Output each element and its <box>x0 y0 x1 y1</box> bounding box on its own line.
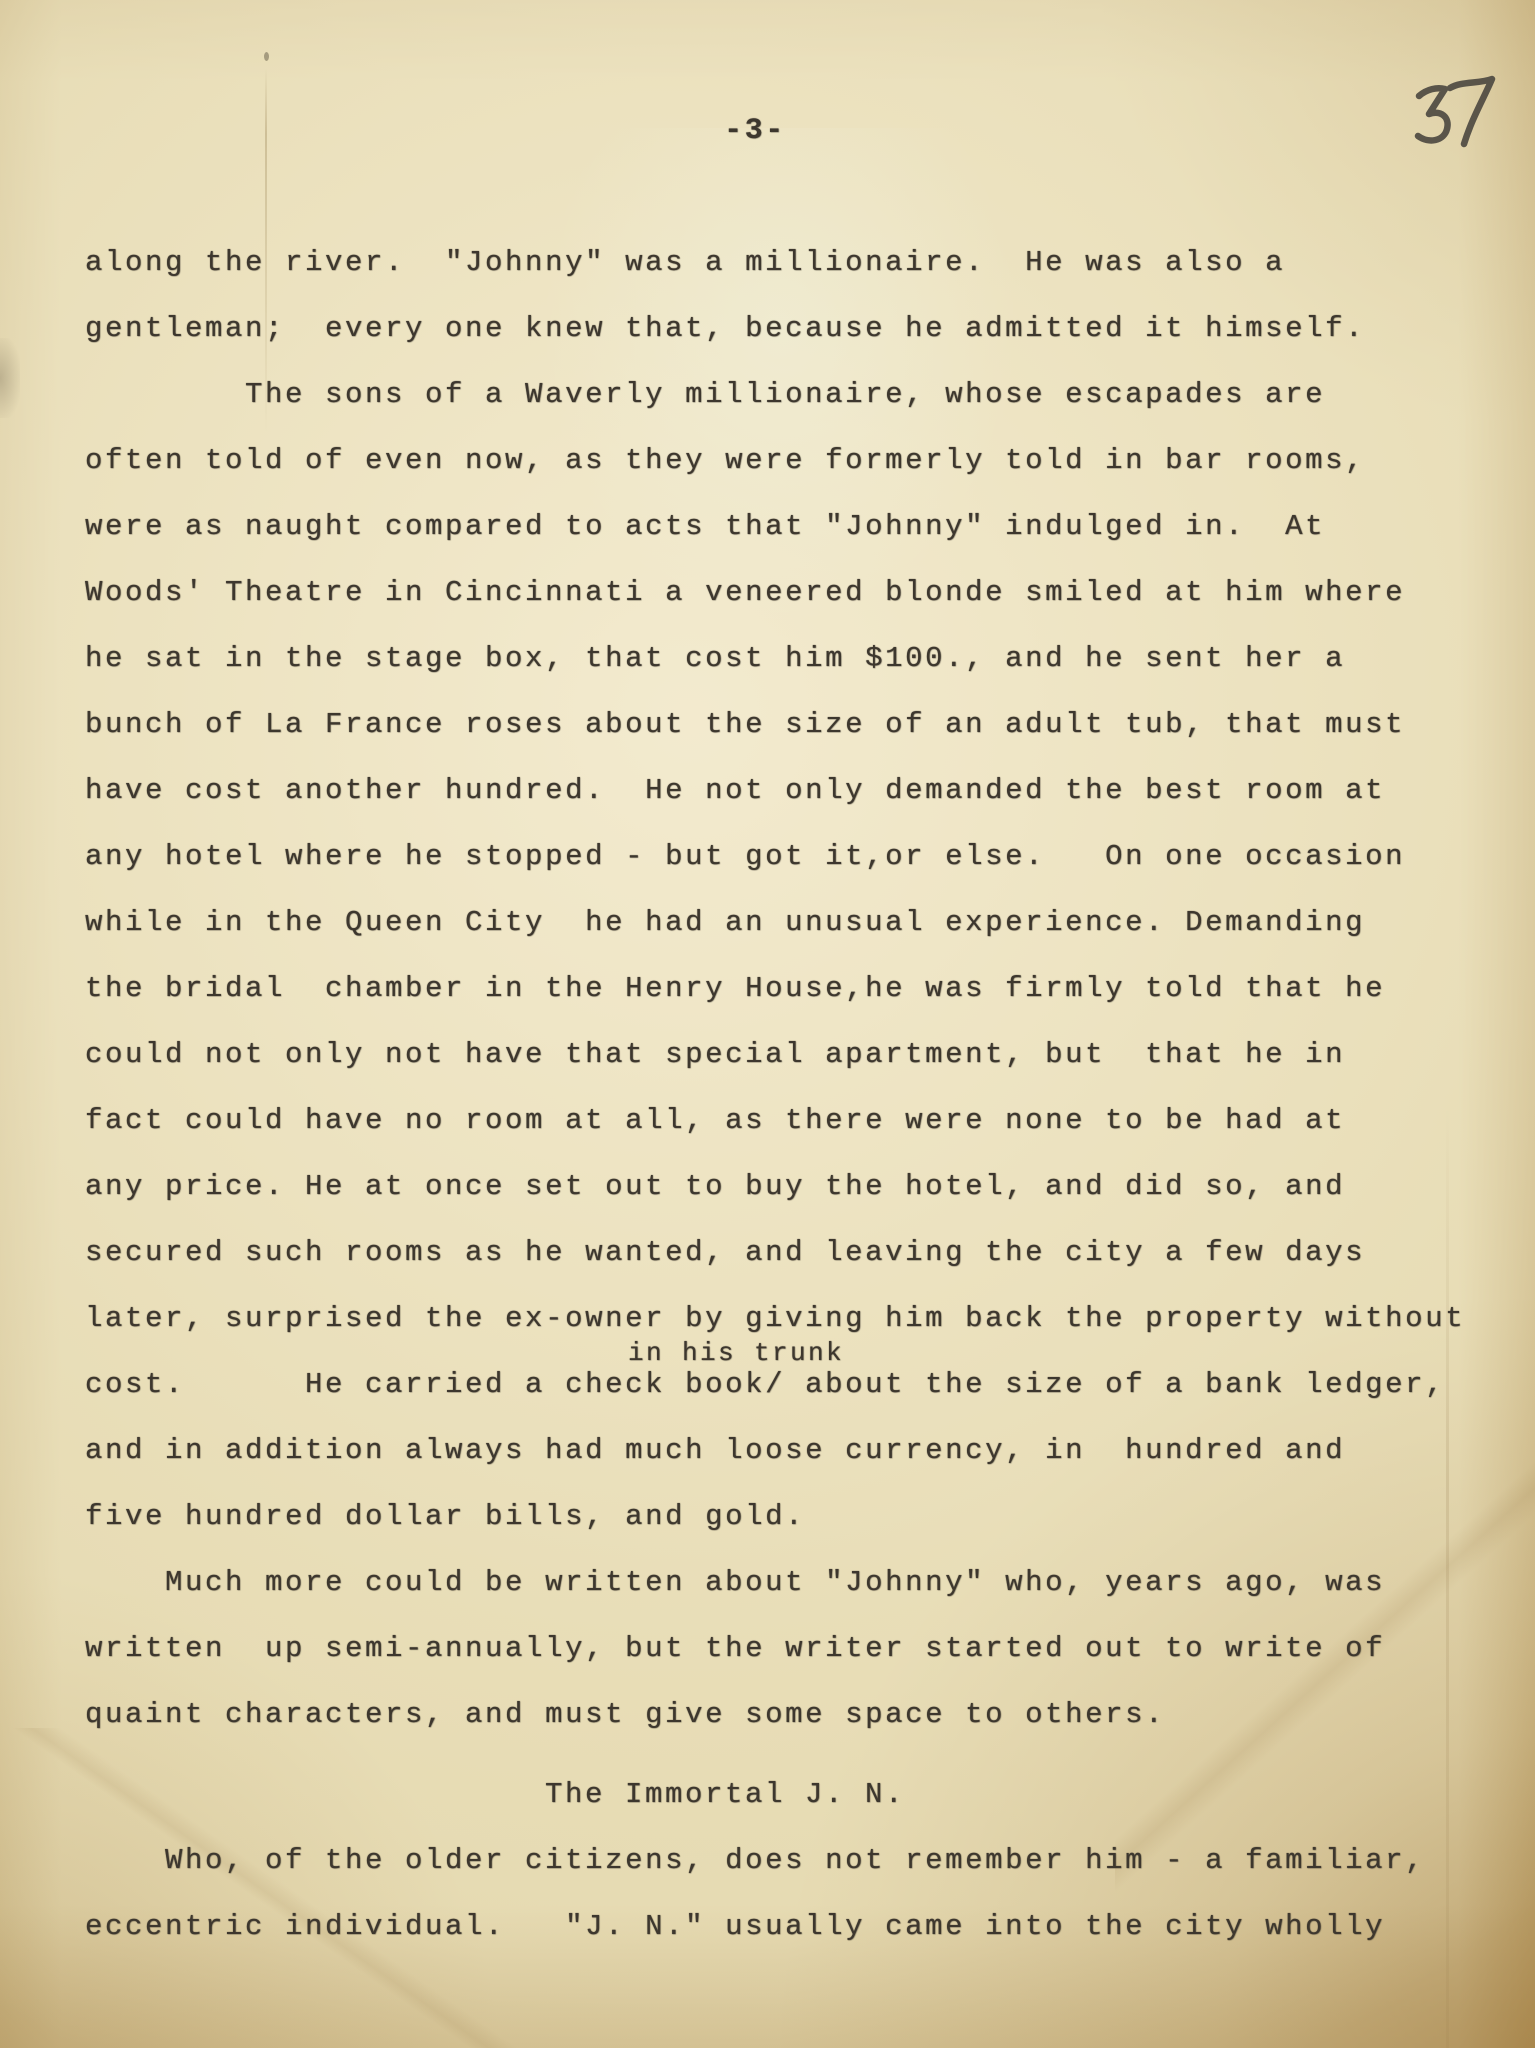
handwritten-page-number: 37 <box>1404 64 1508 168</box>
typed-body: along the river. "Johnny" was a milliona… <box>85 230 1475 1960</box>
text-line: fact could have no room at all, as there… <box>85 1088 1475 1154</box>
text-line: eccentric individual. "J. N." usually ca… <box>85 1894 1475 1960</box>
text-line: secured such rooms as he wanted, and lea… <box>85 1220 1475 1286</box>
section-heading: The Immortal J. N. <box>85 1762 1475 1828</box>
text-line: often told of even now, as they were for… <box>85 428 1475 494</box>
text-line: any price. He at once set out to buy the… <box>85 1154 1475 1220</box>
text-line: gentleman; every one knew that, because … <box>85 296 1475 362</box>
ink-speck <box>264 52 269 61</box>
text-line: while in the Queen City he had an unusua… <box>85 890 1475 956</box>
text-line: The sons of a Waverly millionaire, whose… <box>85 362 1475 428</box>
text-line: could not only not have that special apa… <box>85 1022 1475 1088</box>
text-line: Woods' Theatre in Cincinnati a veneered … <box>85 560 1475 626</box>
scanned-page: -3- 37 along the river. "Johnny" was a m… <box>0 0 1535 2048</box>
text-line: were as naught compared to acts that "Jo… <box>85 494 1475 560</box>
text-line: the bridal chamber in the Henry House,he… <box>85 956 1475 1022</box>
text-line: five hundred dollar bills, and gold. <box>85 1484 1475 1550</box>
interlinear-insertion: in his trunk <box>628 1340 844 1366</box>
text-line: Much more could be written about "Johnny… <box>85 1550 1475 1616</box>
handwritten-37-strokes <box>1404 64 1508 168</box>
text-line: along the river. "Johnny" was a milliona… <box>85 230 1475 296</box>
text-line: written up semi-annually, but the writer… <box>85 1616 1475 1682</box>
edge-smudge <box>0 338 20 418</box>
text-line: Who, of the older citizens, does not rem… <box>85 1828 1475 1894</box>
text-line: he sat in the stage box, that cost him $… <box>85 626 1475 692</box>
text-line: have cost another hundred. He not only d… <box>85 758 1475 824</box>
page-number: -3- <box>0 116 1535 146</box>
text-line: quaint characters, and must give some sp… <box>85 1682 1475 1748</box>
text-line: cost. He carried a check book/ about the… <box>85 1352 1475 1418</box>
text-line: and in addition always had much loose cu… <box>85 1418 1475 1484</box>
text-line: any hotel where he stopped - but got it,… <box>85 824 1475 890</box>
text-line: bunch of La France roses about the size … <box>85 692 1475 758</box>
